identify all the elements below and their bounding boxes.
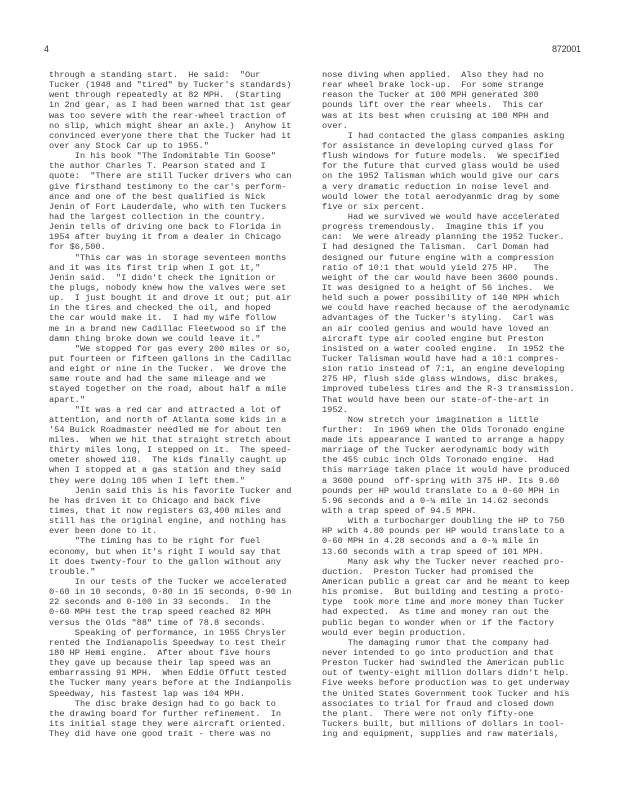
text-line: five or six percent. bbox=[322, 202, 622, 212]
text-line: an air cooled genius and would have love… bbox=[322, 324, 622, 334]
text-line: had expected. As time and money ran out … bbox=[322, 607, 622, 617]
text-line: had the largest collection in the countr… bbox=[49, 212, 349, 222]
text-line: Jenin said. "I didn't check the ignition… bbox=[49, 273, 349, 283]
page-number: 4 bbox=[44, 44, 49, 54]
text-line: Had we survived we would have accelerate… bbox=[322, 212, 622, 222]
text-line: in the tires and checked the oil, and ho… bbox=[49, 303, 349, 313]
text-line: I had contacted the glass companies aski… bbox=[322, 131, 622, 141]
text-line: 0-60 in 10 seconds, 0-80 in 15 seconds, … bbox=[49, 587, 349, 597]
document-id: 872001 bbox=[552, 44, 581, 54]
text-line: he has driven it to Chicago and back fiv… bbox=[49, 496, 349, 506]
text-line: a 3600 pound off-spring with 375 HP. Its… bbox=[322, 476, 622, 486]
text-line: the drawing board for further refinement… bbox=[49, 709, 349, 719]
text-line: thirty miles long, I stepped on it. The … bbox=[49, 445, 349, 455]
text-line: nose diving when applied. Also they had … bbox=[322, 70, 622, 80]
text-line: this marriage taken place it would have … bbox=[322, 465, 622, 475]
text-line: the car would make it. I had my wife fol… bbox=[49, 313, 349, 323]
text-line: for assistance in developing curved glas… bbox=[322, 141, 622, 151]
text-line: "The timing has to be right for fuel bbox=[49, 536, 349, 546]
text-line: reason the Tucker at 100 MPH generated 3… bbox=[322, 90, 622, 100]
text-line: rented the Indianapolis Speedway to test… bbox=[49, 638, 349, 648]
text-line: rear wheel brake lock-up. For some stran… bbox=[322, 80, 622, 90]
text-line: for the future that curved glass would b… bbox=[322, 161, 622, 171]
text-line: we could have reached because of the aer… bbox=[322, 303, 622, 313]
text-line: damn thing broke down we could leave it.… bbox=[49, 334, 349, 344]
text-line: Jenin of Fort Lauderdale, who with ten T… bbox=[49, 202, 349, 212]
text-line: 1952. bbox=[322, 405, 622, 415]
text-line: marriage of the Tucker aerodynamic body … bbox=[322, 445, 622, 455]
text-line: the United States Government took Tucker… bbox=[322, 689, 622, 699]
text-line: the Tucker many years before at the Indi… bbox=[49, 678, 349, 688]
text-line: would lower the total aerodyanmic drag b… bbox=[322, 192, 622, 202]
text-line: economy, but when it's right I would say… bbox=[49, 547, 349, 557]
text-line: The damaging rumor that the company had bbox=[322, 638, 622, 648]
text-line: can: We were already planning the 1952 T… bbox=[322, 232, 622, 242]
text-line: In his book "The Indomitable Tin Goose" bbox=[49, 151, 349, 161]
text-line: pounds per HP would translate to a 0-60 … bbox=[322, 486, 622, 496]
text-line: ratio of 10:1 that would yield 275 HP. T… bbox=[322, 263, 622, 273]
text-line: 275 HP, flush side glass windows, disc b… bbox=[322, 374, 622, 384]
text-line: over any Stock Car up to 1955." bbox=[49, 141, 349, 151]
text-line: Many ask why the Tucker never reached pr… bbox=[322, 557, 622, 567]
text-line: versus the Olds "88" time of 78.8 second… bbox=[49, 618, 349, 628]
text-line: Tuckers built, but millions of dollars i… bbox=[322, 719, 622, 729]
text-line: associates to trial for fraud and closed… bbox=[322, 699, 622, 709]
text-line: "It was a red car and attracted a lot of bbox=[49, 405, 349, 415]
text-line: the plugs, nobody knew how the valves we… bbox=[49, 283, 349, 293]
text-line: progress tremendously. Imagine this if y… bbox=[322, 222, 622, 232]
text-line: "This car was in storage seventeen month… bbox=[49, 253, 349, 263]
text-line: It was designed to a height of 56 inches… bbox=[322, 283, 622, 293]
text-line: Speedway, his fastest lap was 104 MPH. bbox=[49, 689, 349, 699]
text-line: through a standing start. He said: "Our bbox=[49, 70, 349, 80]
text-line: the author Charles T. Pearson stated and… bbox=[49, 161, 349, 171]
text-line: the 455 cubic inch Olds Toronado engine.… bbox=[322, 455, 622, 465]
text-line: Jenin said this is his favorite Tucker a… bbox=[49, 486, 349, 496]
text-line: his promise. But building and testing a … bbox=[322, 587, 622, 597]
text-line: out of twenty-eight million dollars didn… bbox=[322, 668, 622, 678]
text-line: improved tubeless tires and the R-3 tran… bbox=[322, 384, 622, 394]
text-line: put fourteen or fifteen gallons in the C… bbox=[49, 354, 349, 364]
text-line: over. bbox=[322, 121, 622, 131]
right-column: nose diving when applied. Also they had … bbox=[322, 70, 622, 739]
text-line: 0-60 MPH in 4.28 seconds and a 0-¼ mile … bbox=[322, 536, 622, 546]
text-line: In our tests of the Tucker we accelerate… bbox=[49, 577, 349, 587]
text-line: That would have been our state-of-the-ar… bbox=[322, 395, 622, 405]
text-line: 0-60 MPH test the trap speed reached 82 … bbox=[49, 607, 349, 617]
text-line: flush windows for future models. We spec… bbox=[322, 151, 622, 161]
text-line: up. I just bought it and drove it out; p… bbox=[49, 293, 349, 303]
text-line: public began to wonder when or if the fa… bbox=[322, 618, 622, 628]
text-line: I had designed the Talisman. Carl Doman … bbox=[322, 242, 622, 252]
text-line: apart." bbox=[49, 395, 349, 405]
text-line: weight of the car would have been 3600 p… bbox=[322, 273, 622, 283]
text-line: 13.60 seconds with a trap speed of 101 M… bbox=[322, 547, 622, 557]
text-line: ometer showed 110. The kids finally caug… bbox=[49, 455, 349, 465]
text-line: Preston Tucker had swindled the American… bbox=[322, 658, 622, 668]
text-line: duction. Preston Tucker had promised the bbox=[322, 567, 622, 577]
text-line: pounds lift over the rear wheels. This c… bbox=[322, 100, 622, 110]
text-line: They did have one good trait - there was… bbox=[49, 729, 349, 739]
text-line: no slip, which might shear an axle.) Any… bbox=[49, 121, 349, 131]
text-line: Now stretch your imagination a little bbox=[322, 415, 622, 425]
text-line: With a turbocharger doubling the HP to 7… bbox=[322, 516, 622, 526]
text-line: miles. When we hit that straight stretch… bbox=[49, 435, 349, 445]
text-line: attention, and north of Atlanta some kid… bbox=[49, 415, 349, 425]
text-line: me in a brand new Cadillac Fleetwood so … bbox=[49, 324, 349, 334]
text-line: ever been done to it. bbox=[49, 526, 349, 536]
text-line: was too severe with the rear-wheel tract… bbox=[49, 111, 349, 121]
text-line: times, that it now registers 63,400 mile… bbox=[49, 506, 349, 516]
text-line: a very dramatic reduction in noise level… bbox=[322, 182, 622, 192]
text-line: and it was its first trip when I got it,… bbox=[49, 263, 349, 273]
text-line: ing and equipment, supplies and raw mate… bbox=[322, 729, 622, 739]
text-line: insisted on a water cooled engine. In 19… bbox=[322, 344, 622, 354]
text-line: trouble." bbox=[49, 567, 349, 577]
text-line: with a trap speed of 94.5 MPH. bbox=[322, 506, 622, 516]
left-column: through a standing start. He said: "OurT… bbox=[49, 70, 349, 739]
text-line: convinced everyone there that the Tucker… bbox=[49, 131, 349, 141]
text-line: The disc brake design had to go back to bbox=[49, 699, 349, 709]
text-line: it does twenty-four to the gallon withou… bbox=[49, 557, 349, 567]
text-line: "We stopped for gas every 200 miles or s… bbox=[49, 344, 349, 354]
text-line: never intended to go into production and… bbox=[322, 648, 622, 658]
text-line: Five weeks before production was to get … bbox=[322, 678, 622, 688]
text-line: Tucker Talisman would have had a 10:1 co… bbox=[322, 354, 622, 364]
text-line: stayed together on the road, about half … bbox=[49, 384, 349, 394]
text-line: quote: "There are still Tucker drivers w… bbox=[49, 171, 349, 181]
text-line: went through repeatedly at 82 MPH. (Star… bbox=[49, 90, 349, 100]
text-line: Jenin tells of driving one back to Flori… bbox=[49, 222, 349, 232]
text-line: 5.96 seconds and a 0-¼ mile in 14.62 sec… bbox=[322, 496, 622, 506]
text-line: 1954 after buying it from a dealer in Ch… bbox=[49, 232, 349, 242]
text-line: and eight or nine in the Tucker. We drov… bbox=[49, 364, 349, 374]
text-line: in 2nd gear, as I had been warned that 1… bbox=[49, 100, 349, 110]
text-line: further: In 1969 when the Olds Toronado … bbox=[322, 425, 622, 435]
text-line: aircraft type air cooled engine but Pres… bbox=[322, 334, 622, 344]
text-line: advantages of the Tucker's styling. Carl… bbox=[322, 313, 622, 323]
text-line: they gave up because their lap speed was… bbox=[49, 658, 349, 668]
text-line: Speaking of performance, in 1955 Chrysle… bbox=[49, 628, 349, 638]
text-line: for $6,500. bbox=[49, 242, 349, 252]
text-line: 180 HP Hemi engine. After about five hou… bbox=[49, 648, 349, 658]
text-line: American public a great car and he meant… bbox=[322, 577, 622, 587]
text-line: they were doing 105 when I left them." bbox=[49, 476, 349, 486]
text-line: embarrassing 91 MPH. When Eddie Offutt t… bbox=[49, 668, 349, 678]
text-line: Tucker (1948 and "tired" by Tucker's sta… bbox=[49, 80, 349, 90]
text-line: HP with 4.80 pounds per HP would transla… bbox=[322, 526, 622, 536]
text-line: its initial stage they were aircraft ori… bbox=[49, 719, 349, 729]
text-line: made its appearance I wanted to arrange … bbox=[322, 435, 622, 445]
text-line: when I stopped at a gas station and they… bbox=[49, 465, 349, 475]
text-line: sion ratio instead of 7:1, an engine dev… bbox=[322, 364, 622, 374]
text-line: '54 Buick Roadmaster needled me for abou… bbox=[49, 425, 349, 435]
text-line: the plant. There were not only fifty-one bbox=[322, 709, 622, 719]
text-line: ance and one of the best qualified is Ni… bbox=[49, 192, 349, 202]
text-line: 22 seconds and 0-100 in 33 seconds. In t… bbox=[49, 597, 349, 607]
text-line: designed our future engine with a compre… bbox=[322, 253, 622, 263]
text-line: type took more time and more money than … bbox=[322, 597, 622, 607]
text-line: held such a power possibility of 140 MPH… bbox=[322, 293, 622, 303]
text-line: still has the original engine, and nothi… bbox=[49, 516, 349, 526]
text-line: same route and had the same mileage and … bbox=[49, 374, 349, 384]
text-line: was at its best when cruising at 100 MPH… bbox=[322, 111, 622, 121]
text-line: would ever begin production. bbox=[322, 628, 622, 638]
text-line: on the 1952 Talisman which would give ou… bbox=[322, 171, 622, 181]
text-line: give firsthand testimony to the car's pe… bbox=[49, 182, 349, 192]
